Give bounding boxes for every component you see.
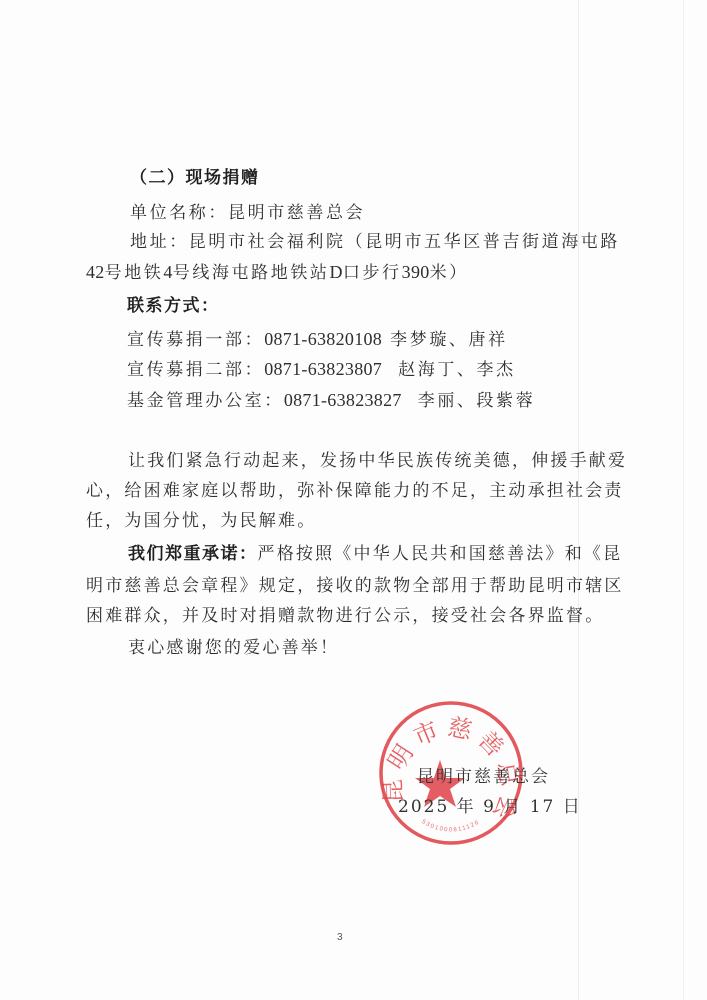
contact-row: 宣传募捐一部：0871-63820108 李梦璇、唐祥 bbox=[127, 328, 508, 351]
promise-line: 困难群众，并及时对捐赠款物进行公示，接受社会各界监督。 bbox=[86, 605, 604, 627]
contact-dept: 宣传募捐一部： bbox=[127, 330, 264, 350]
address-text: 号线海屯路地铁站 bbox=[173, 263, 330, 283]
address-distance: 390 bbox=[402, 262, 430, 282]
page-number: 3 bbox=[337, 932, 343, 943]
address-line-1: 地址：昆明市社会福利院（昆明市五华区普吉街道海屯路 bbox=[130, 231, 620, 253]
contact-names: 赵海丁、李杰 bbox=[398, 360, 516, 380]
address-text: 米） bbox=[430, 263, 469, 283]
contact-names: 李梦璇、唐祥 bbox=[390, 330, 508, 350]
seal-code: 5301000811126 bbox=[420, 819, 481, 834]
contact-heading: 联系方式： bbox=[127, 295, 220, 317]
unit-name-line: 单位名称：昆明市慈善总会 bbox=[130, 202, 365, 224]
unit-label: 单位名称： bbox=[130, 203, 228, 223]
contact-dept: 宣传募捐二部： bbox=[127, 360, 264, 380]
promise-line: 我们郑重承诺：严格按照《中华人民共和国慈善法》和《昆 bbox=[128, 543, 622, 565]
appeal-line: 心，给困难家庭以帮助，弥补保障能力的不足，主动承担社会责 bbox=[86, 480, 624, 502]
contact-dept: 基金管理办公室： bbox=[127, 391, 284, 411]
contact-row: 基金管理办公室：0871-63823827 李丽、段紫蓉 bbox=[127, 389, 535, 412]
appeal-line: 让我们紧急行动起来，发扬中华民族传统美德，伸援手献爱 bbox=[128, 450, 627, 472]
address-number: 42 bbox=[86, 262, 105, 282]
address-line-2: 42号地铁4号线海屯路地铁站D口步行390米） bbox=[86, 261, 469, 284]
contact-names: 李丽、段紫蓉 bbox=[418, 391, 536, 411]
contact-row: 宣传募捐二部：0871-63823807 赵海丁、李杰 bbox=[127, 358, 516, 381]
scan-margin-line bbox=[683, 0, 684, 1000]
appeal-line: 任，为国分忧，为民解难。 bbox=[86, 510, 316, 532]
promise-text: 严格按照《中华人民共和国慈善法》和《昆 bbox=[258, 544, 623, 564]
address-exit: D bbox=[330, 262, 343, 282]
signature-date: 2025 年 9 月 17 日 bbox=[398, 792, 582, 817]
thanks-line: 衷心感谢您的爱心善举！ bbox=[128, 637, 339, 659]
svg-text:5301000811126: 5301000811126 bbox=[420, 819, 481, 834]
contact-phone: 0871-63823827 bbox=[284, 390, 402, 410]
promise-line: 明市慈善总会章程》规定，接收的款物全部用于帮助昆明市辖区 bbox=[86, 575, 624, 597]
address-line-number: 4 bbox=[163, 262, 172, 282]
signature-org: 昆明市慈善总会 bbox=[417, 762, 550, 787]
contact-phone: 0871-63820108 bbox=[264, 329, 382, 349]
unit-value: 昆明市慈善总会 bbox=[228, 203, 365, 223]
address-text: 口步行 bbox=[343, 263, 402, 283]
section-heading: （二）现场捐赠 bbox=[130, 167, 260, 189]
address-text: 号地铁 bbox=[105, 263, 164, 283]
promise-lead: 我们郑重承诺： bbox=[128, 544, 258, 564]
contact-phone: 0871-63823807 bbox=[264, 359, 382, 379]
